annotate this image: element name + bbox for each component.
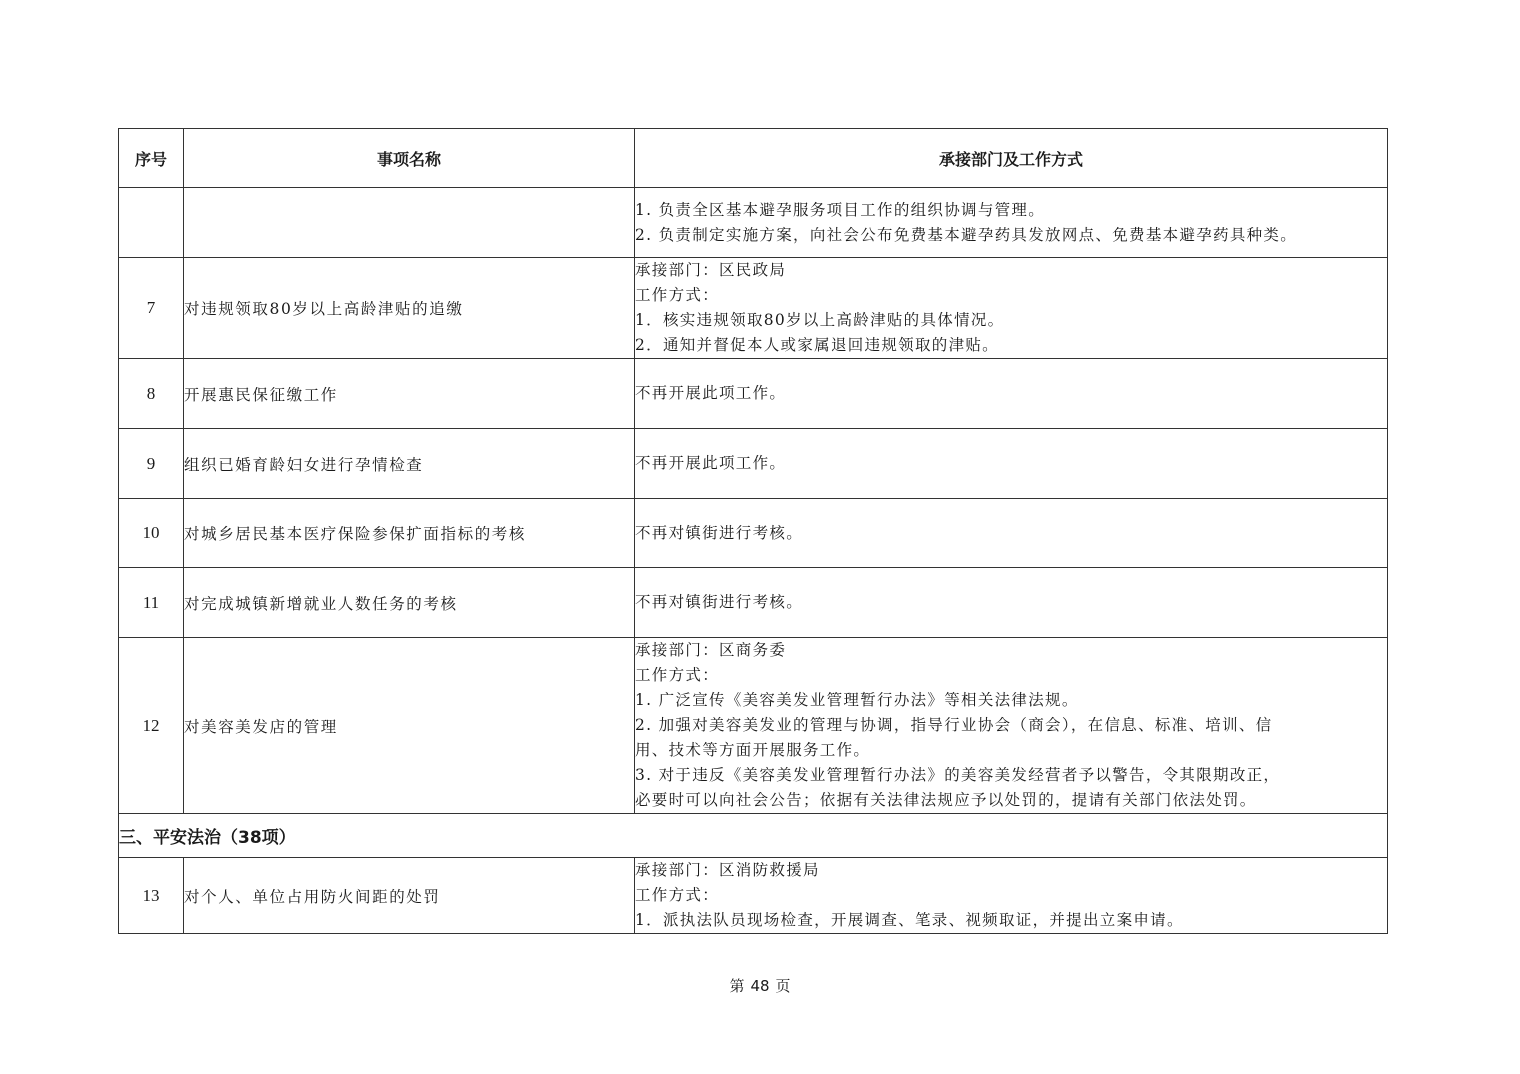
page-prefix: 第: [729, 977, 744, 995]
table-row: 12 对美容美发店的管理 承接部门：区商务委 工作方式： 1. 广泛宣传《美容美…: [119, 638, 1388, 814]
desc-line: 不再开展此项工作。: [635, 381, 1387, 406]
page-suffix: 页: [776, 977, 791, 995]
desc-line: 不再开展此项工作。: [635, 451, 1387, 476]
desc-line: 用、技术等方面开展服务工作。: [635, 738, 1387, 763]
department-line: 承接部门：区消防救援局: [635, 858, 1387, 883]
row-index: 7: [119, 258, 184, 359]
items-table: 序号 事项名称 承接部门及工作方式 1. 负责全区基本避孕服务项目工作的组织协调…: [118, 128, 1388, 934]
desc-line: 1．核实违规领取80岁以上高龄津贴的具体情况。: [635, 308, 1387, 333]
table-row: 7 对违规领取80岁以上高龄津贴的追缴 承接部门：区民政局 工作方式： 1．核实…: [119, 258, 1388, 359]
table-row: 13 对个人、单位占用防火间距的处罚 承接部门：区消防救援局 工作方式： 1．派…: [119, 858, 1388, 934]
method-label: 工作方式：: [635, 663, 1387, 688]
desc-line: 必要时可以向社会公告；依据有关法律法规应予以处罚的，提请有关部门依法处罚。: [635, 788, 1387, 813]
table-header-row: 序号 事项名称 承接部门及工作方式: [119, 129, 1388, 188]
row-description: 不再开展此项工作。: [635, 359, 1388, 429]
row-index: 8: [119, 359, 184, 429]
page-number: 48: [750, 977, 769, 995]
row-index: 12: [119, 638, 184, 814]
row-description: 承接部门：区消防救援局 工作方式： 1．派执法队员现场检查，开展调查、笔录、视频…: [635, 858, 1388, 934]
row-item-name: 对完成城镇新增就业人数任务的考核: [184, 568, 635, 638]
desc-line: 不再对镇街进行考核。: [635, 590, 1387, 615]
desc-line: 2．通知并督促本人或家属退回违规领取的津贴。: [635, 333, 1387, 358]
desc-line: 1．派执法队员现场检查，开展调查、笔录、视频取证，并提出立案申请。: [635, 908, 1387, 933]
row-item-name: 组织已婚育龄妇女进行孕情检查: [184, 429, 635, 499]
row-index: 9: [119, 429, 184, 499]
row-item-name: 对美容美发店的管理: [184, 638, 635, 814]
row-index: 10: [119, 499, 184, 568]
table-row: 1. 负责全区基本避孕服务项目工作的组织协调与管理。 2. 负责制定实施方案，向…: [119, 188, 1388, 258]
header-index: 序号: [119, 129, 184, 188]
table-row: 8 开展惠民保征缴工作 不再开展此项工作。: [119, 359, 1388, 429]
table-row: 11 对完成城镇新增就业人数任务的考核 不再对镇街进行考核。: [119, 568, 1388, 638]
department-line: 承接部门：区商务委: [635, 638, 1387, 663]
row-description: 承接部门：区商务委 工作方式： 1. 广泛宣传《美容美发业管理暂行办法》等相关法…: [635, 638, 1388, 814]
department-line: 承接部门：区民政局: [635, 258, 1387, 283]
desc-line: 不再对镇街进行考核。: [635, 521, 1387, 546]
desc-line: 1. 广泛宣传《美容美发业管理暂行办法》等相关法律法规。: [635, 688, 1387, 713]
row-description: 承接部门：区民政局 工作方式： 1．核实违规领取80岁以上高龄津贴的具体情况。 …: [635, 258, 1388, 359]
row-item-name: [184, 188, 635, 258]
desc-line: 1. 负责全区基本避孕服务项目工作的组织协调与管理。: [635, 198, 1387, 223]
row-item-name: 对个人、单位占用防火间距的处罚: [184, 858, 635, 934]
method-label: 工作方式：: [635, 283, 1387, 308]
row-item-name: 对城乡居民基本医疗保险参保扩面指标的考核: [184, 499, 635, 568]
header-item-name: 事项名称: [184, 129, 635, 188]
desc-line: 2. 加强对美容美发业的管理与协调，指导行业协会（商会），在信息、标准、培训、信: [635, 713, 1387, 738]
row-description: 1. 负责全区基本避孕服务项目工作的组织协调与管理。 2. 负责制定实施方案，向…: [635, 188, 1388, 258]
page-footer: 第48页: [0, 975, 1520, 996]
section-title: 三、平安法治（38项）: [119, 814, 1388, 858]
method-label: 工作方式：: [635, 883, 1387, 908]
row-description: 不再开展此项工作。: [635, 429, 1388, 499]
desc-line: 3. 对于违反《美容美发业管理暂行办法》的美容美发经营者予以警告，令其限期改正，: [635, 763, 1387, 788]
table-row: 9 组织已婚育龄妇女进行孕情检查 不再开展此项工作。: [119, 429, 1388, 499]
row-index: 13: [119, 858, 184, 934]
row-description: 不再对镇街进行考核。: [635, 499, 1388, 568]
row-item-name: 开展惠民保征缴工作: [184, 359, 635, 429]
row-item-name: 对违规领取80岁以上高龄津贴的追缴: [184, 258, 635, 359]
document-page: 序号 事项名称 承接部门及工作方式 1. 负责全区基本避孕服务项目工作的组织协调…: [0, 0, 1520, 1074]
row-index: [119, 188, 184, 258]
section-row: 三、平安法治（38项）: [119, 814, 1388, 858]
header-department-method: 承接部门及工作方式: [635, 129, 1388, 188]
table-row: 10 对城乡居民基本医疗保险参保扩面指标的考核 不再对镇街进行考核。: [119, 499, 1388, 568]
row-index: 11: [119, 568, 184, 638]
row-description: 不再对镇街进行考核。: [635, 568, 1388, 638]
desc-line: 2. 负责制定实施方案，向社会公布免费基本避孕药具发放网点、免费基本避孕药具种类…: [635, 223, 1387, 248]
